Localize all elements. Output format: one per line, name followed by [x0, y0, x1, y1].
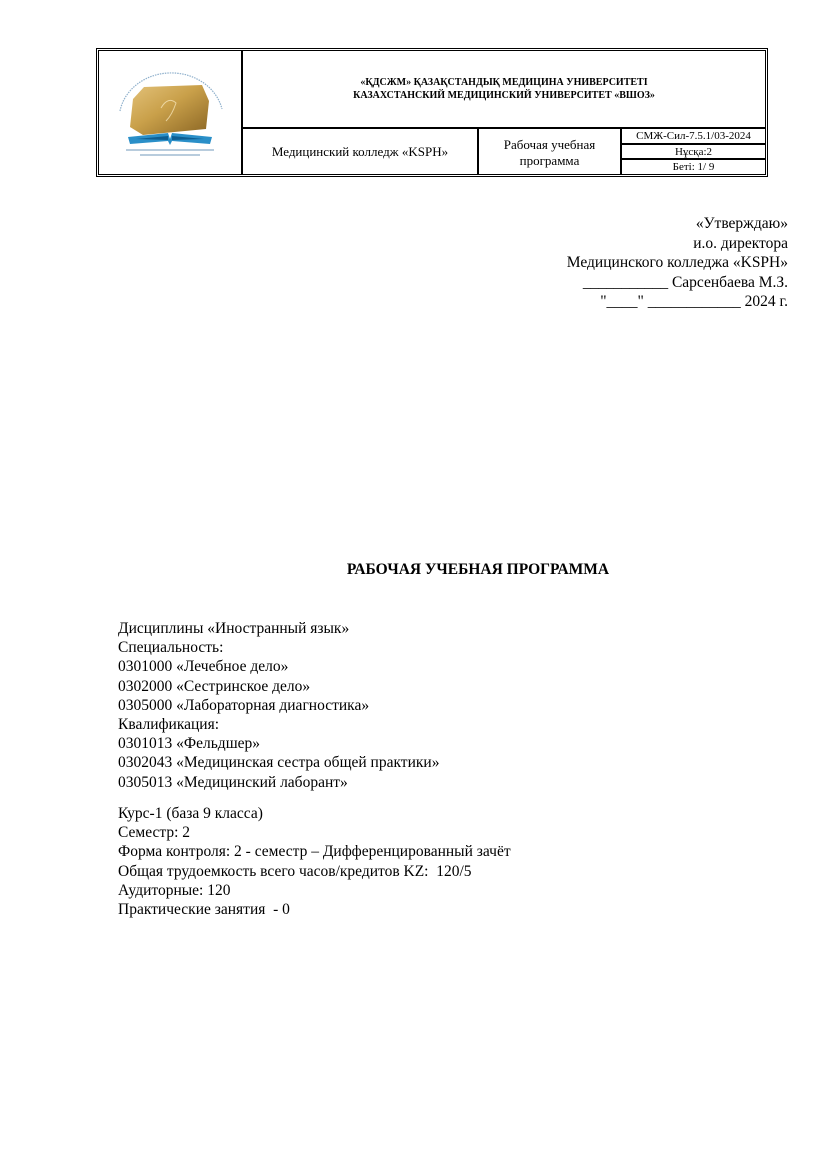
- qualification-label: Квалификация:: [118, 715, 439, 734]
- university-name-russian: КАЗАХСТАНСКИЙ МЕДИЦИНСКИЙ УНИВЕРСИТЕТ «В…: [353, 89, 655, 102]
- university-logo-icon: [106, 63, 234, 163]
- specialty-label: Специальность:: [118, 638, 439, 657]
- document-code-cell: СМЖ-Сил-7.5.1/03-2024 Нұсқа:2 Беті: 1/ 9: [622, 129, 765, 174]
- specialty-item: 0301000 «Лечебное дело»: [118, 657, 439, 676]
- document-header-table: «ҚДСЖМ» ҚАЗАҚСТАНДЫҚ МЕДИЦИНА УНИВЕРСИТЕ…: [96, 48, 768, 177]
- qualification-item: 0301013 «Фельдшер»: [118, 734, 439, 753]
- college-name-cell: Медицинский колледж «KSPH»: [243, 129, 479, 174]
- approval-signature: ___________ Сарсенбаева М.З.: [567, 273, 788, 293]
- document-type-line2: программа: [504, 153, 595, 169]
- control-form: Форма контроля: 2 - семестр – Дифференци…: [118, 842, 511, 861]
- logo-cell: [99, 51, 243, 174]
- document-title: РАБОЧАЯ УЧЕБНАЯ ПРОГРАММА: [0, 561, 827, 579]
- discipline-info: Дисциплины «Иностранный язык» Специально…: [118, 619, 439, 792]
- document-type-line1: Рабочая учебная: [504, 137, 595, 153]
- university-name-kazakh: «ҚДСЖМ» ҚАЗАҚСТАНДЫҚ МЕДИЦИНА УНИВЕРСИТЕ…: [360, 76, 647, 89]
- document-type-cell: Рабочая учебная программа: [479, 129, 622, 174]
- course-info: Курс-1 (база 9 класса) Семестр: 2 Форма …: [118, 804, 511, 919]
- document-code: СМЖ-Сил-7.5.1/03-2024: [622, 129, 765, 145]
- total-workload: Общая трудоемкость всего часов/кредитов …: [118, 862, 511, 881]
- course-year: Курс-1 (база 9 класса): [118, 804, 511, 823]
- university-name-cell: «ҚДСЖМ» ҚАЗАҚСТАНДЫҚ МЕДИЦИНА УНИВЕРСИТЕ…: [243, 51, 765, 129]
- specialty-item: 0305000 «Лабораторная диагностика»: [118, 696, 439, 715]
- practical-classes: Практические занятия - 0: [118, 900, 511, 919]
- approval-date: "____" ____________ 2024 г.: [567, 292, 788, 312]
- discipline-name: Дисциплины «Иностранный язык»: [118, 619, 439, 638]
- page-number: Беті: 1/ 9: [622, 160, 765, 174]
- qualification-item: 0305013 «Медицинский лаборант»: [118, 773, 439, 792]
- semester: Семестр: 2: [118, 823, 511, 842]
- approval-block: «Утверждаю» и.о. директора Медицинского …: [567, 214, 788, 312]
- specialty-item: 0302000 «Сестринское дело»: [118, 677, 439, 696]
- approval-organization: Медицинского колледжа «KSPH»: [567, 253, 788, 273]
- approval-heading: «Утверждаю»: [567, 214, 788, 234]
- college-name: Медицинский колледж «KSPH»: [272, 144, 448, 160]
- document-version: Нұсқа:2: [622, 145, 765, 161]
- approval-position: и.о. директора: [567, 234, 788, 254]
- classroom-hours: Аудиторные: 120: [118, 881, 511, 900]
- qualification-item: 0302043 «Медицинская сестра общей практи…: [118, 753, 439, 772]
